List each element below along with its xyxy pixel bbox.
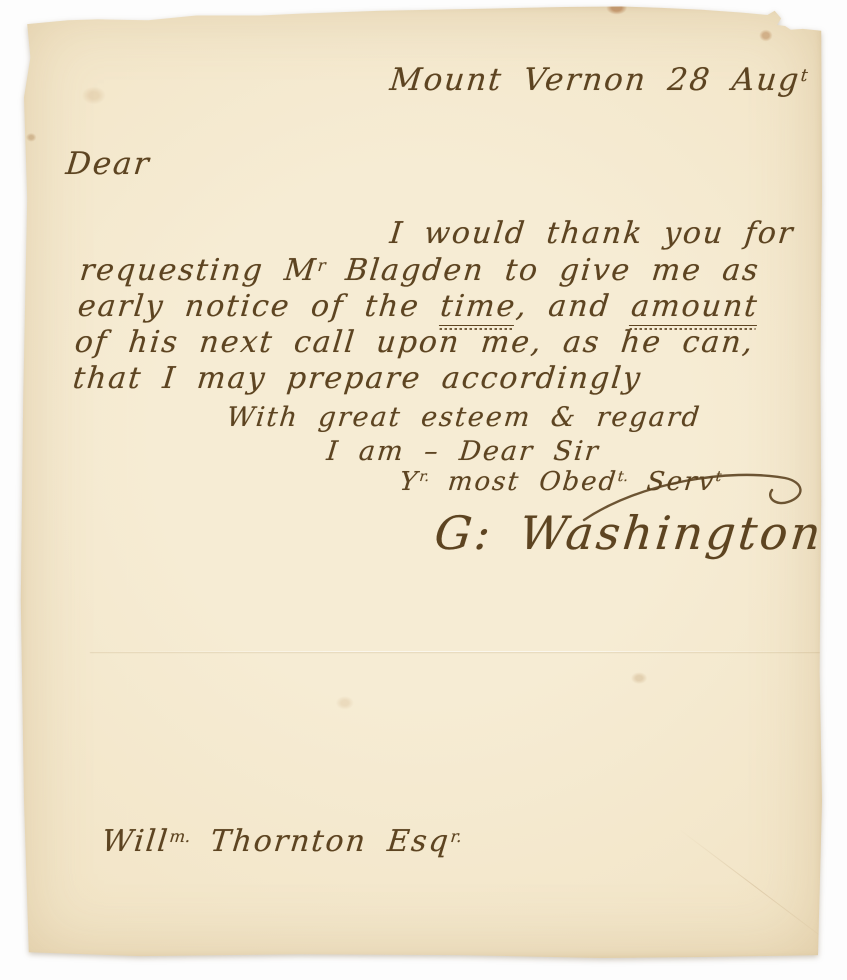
esq-superscript: r. [450, 827, 463, 846]
letter-paper: Mount Vernon 28 Augt 99 Dear I would tha… [20, 6, 822, 958]
underlined-word-time: time [438, 289, 518, 326]
addressee-thornton-esq: Thornton Esq [188, 824, 452, 859]
dateline: Mount Vernon 28 Augt 99 [388, 62, 847, 99]
body-line-4: of his next call upon me, as he can, [73, 325, 756, 361]
body-line-3-mid: , and [515, 289, 634, 324]
body-line-2-pre: requesting M [78, 253, 319, 288]
dateline-place-date: Mount Vernon 28 Aug [388, 62, 802, 98]
addressee-will: Will [100, 824, 171, 859]
body-line-5: that I may prepare accordingly [71, 361, 644, 397]
body-line-2-post: Blagden to give me as [323, 253, 761, 288]
salutation: Dear [64, 146, 152, 183]
addressee: Willm. Thornton Esqr. [100, 824, 463, 860]
closing-i-am-line: I am – Dear Sir [325, 436, 601, 468]
will-superscript: m. [169, 827, 192, 846]
paper-shadow-wrap: Mount Vernon 28 Augt 99 Dear I would tha… [20, 6, 822, 958]
body-line-3: early notice of the time, and amount [76, 289, 760, 325]
diagonal-crease [679, 829, 831, 944]
signature: G: Washington [432, 506, 826, 561]
body-line-2: requesting Mr Blagden to give me as [78, 253, 762, 289]
horizontal-fold-crease [90, 651, 820, 652]
dateline-year: 99 [805, 62, 847, 98]
body-line-1: I would thank you for [388, 216, 796, 252]
body-line-3-pre: early notice of the [76, 289, 442, 324]
letter-photograph: Mount Vernon 28 Augt 99 Dear I would tha… [0, 0, 847, 980]
closing-yr: Y [398, 467, 420, 497]
underlined-word-amount: amount [629, 289, 760, 326]
closing-esteem-line: With great esteem & regard [225, 402, 703, 434]
